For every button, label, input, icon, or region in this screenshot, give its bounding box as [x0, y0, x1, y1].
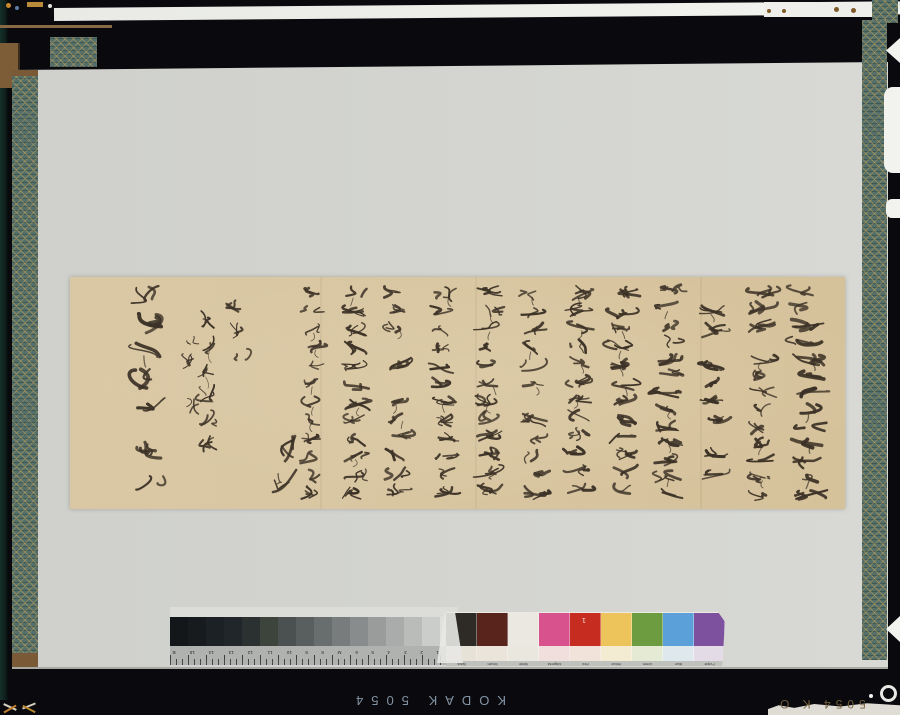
brush-stroke	[435, 292, 441, 298]
brush-stroke	[394, 468, 405, 480]
calligraphy-column	[342, 287, 371, 499]
brocade-fragment-top-left	[50, 37, 97, 67]
ruler-band: B15141312111098M654321A	[170, 646, 458, 665]
brush-stroke-connector	[574, 401, 577, 408]
gray-step	[278, 617, 296, 646]
color-patch-magenta	[539, 613, 570, 646]
brush-stroke	[767, 477, 770, 479]
brush-stroke	[566, 381, 573, 387]
brush-stroke	[439, 326, 448, 336]
brush-stroke	[653, 471, 661, 482]
pale-patch-red	[570, 646, 601, 661]
brush-stroke	[443, 455, 459, 456]
brush-stroke	[706, 471, 722, 475]
patch-label: Red	[575, 662, 597, 666]
brush-stroke-connector	[491, 315, 493, 323]
brush-stroke-connector	[401, 421, 403, 428]
brush-stroke	[620, 485, 630, 491]
gray-step	[170, 617, 188, 646]
brush-stroke	[235, 354, 238, 360]
brush-stroke	[666, 406, 672, 410]
calligraphy-column	[182, 336, 199, 414]
brush-stroke	[610, 434, 620, 443]
film-corner-mark	[3, 704, 17, 713]
brocade-end-cap-top	[12, 70, 38, 76]
brush-stroke	[314, 308, 324, 313]
film-notch-arrow	[886, 616, 900, 642]
brush-stroke	[563, 449, 569, 453]
calligraphy-column	[129, 286, 165, 411]
brush-stroke	[361, 453, 369, 459]
brush-stroke	[187, 341, 191, 345]
brush-stroke	[207, 318, 213, 328]
brush-stroke-connector	[209, 352, 212, 363]
brush-stroke	[486, 305, 491, 316]
color-patch-blue	[663, 613, 694, 646]
brush-stroke-connector	[487, 405, 491, 413]
brush-stroke	[794, 425, 804, 428]
film-edge-speck	[6, 3, 11, 8]
brush-stroke	[676, 391, 680, 392]
brush-stroke	[571, 450, 576, 454]
color-patches-pale-row	[446, 646, 725, 661]
dot-on-strip	[851, 8, 856, 13]
brush-stroke-connector	[351, 298, 354, 306]
calligraphy-column	[300, 288, 327, 499]
gray-step	[350, 617, 368, 646]
pale-patch-yellow	[601, 646, 632, 661]
calligraphy-column	[649, 285, 687, 498]
brush-stroke	[344, 365, 347, 371]
brush-stroke-connector	[315, 350, 318, 357]
brush-stroke	[437, 487, 448, 494]
brush-stroke-connector	[530, 352, 531, 360]
brush-stroke	[750, 472, 765, 478]
patch-label: Magenta	[544, 662, 566, 666]
letter-paper	[70, 277, 845, 509]
brush-stroke-connector	[580, 331, 582, 339]
brush-stroke	[386, 322, 394, 329]
film-edge-tan-line	[0, 25, 112, 28]
gray-step	[386, 617, 404, 646]
calligraphy-column	[383, 287, 415, 496]
brush-stroke	[345, 473, 364, 479]
brush-stroke-connector	[711, 315, 714, 322]
brush-stroke	[385, 469, 392, 480]
patch-label: Blue	[668, 662, 690, 666]
brush-stroke-connector	[394, 405, 397, 413]
brush-stroke	[570, 344, 571, 347]
brush-stroke	[611, 363, 622, 366]
brush-stroke	[584, 470, 589, 471]
calligraphy-column	[519, 291, 550, 500]
brush-stroke	[751, 356, 768, 361]
brush-stroke	[670, 440, 681, 443]
brush-stroke-connector	[311, 387, 312, 394]
calligraphy-column	[563, 286, 595, 493]
calligraphy-column	[603, 287, 640, 494]
brush-stroke	[344, 382, 368, 389]
brush-stroke	[528, 308, 538, 317]
brush-stroke	[812, 423, 826, 431]
pale-patch-green	[632, 646, 663, 661]
brush-stroke	[524, 452, 529, 463]
gray-step	[188, 617, 206, 646]
brush-stroke	[523, 383, 534, 386]
brush-stroke	[301, 306, 307, 312]
brush-stroke-connector	[581, 366, 583, 373]
gray-step	[314, 617, 332, 646]
brush-stroke	[761, 404, 770, 416]
color-patch-red: 1	[570, 613, 601, 646]
brush-stroke	[345, 452, 362, 461]
brush-stroke	[306, 327, 318, 335]
brush-stroke	[193, 336, 199, 344]
brush-stroke	[531, 450, 537, 461]
brush-stroke	[749, 491, 764, 501]
brush-stroke-connector	[493, 387, 496, 395]
film-notch-rounded	[884, 87, 900, 173]
brush-stroke-connector	[488, 332, 490, 340]
brush-stroke-connector	[759, 448, 762, 455]
brush-stroke-connector	[809, 446, 810, 453]
film-edge-speck	[15, 6, 19, 10]
brush-stroke	[436, 382, 447, 384]
brush-stroke-connector	[665, 312, 668, 319]
brush-stroke	[659, 439, 663, 444]
red-patch-mark: 1	[582, 616, 586, 623]
dot-on-strip	[782, 9, 786, 13]
color-patch-green	[632, 613, 663, 646]
brocade-border-left	[12, 70, 38, 667]
gray-step	[206, 617, 224, 646]
gray-step	[242, 617, 260, 646]
brush-stroke-connector	[667, 480, 668, 487]
film-notch-tab	[886, 199, 900, 218]
brush-stroke	[760, 441, 761, 445]
brush-stroke	[672, 321, 678, 329]
calligraphy-column	[429, 287, 460, 496]
color-patch-purple	[694, 613, 725, 646]
brush-stroke	[615, 345, 629, 348]
brush-stroke	[679, 287, 687, 291]
dot-on-strip	[767, 9, 771, 13]
gray-step	[224, 617, 242, 646]
brush-stroke	[649, 391, 660, 394]
film-edge-speck	[27, 2, 43, 7]
brush-stroke	[519, 291, 526, 296]
color-patch-white	[508, 613, 539, 646]
brush-stroke	[361, 289, 366, 297]
color-patch-brown	[477, 613, 508, 646]
grayscale-steps	[170, 617, 458, 646]
brush-stroke	[477, 361, 492, 366]
brush-stroke	[711, 382, 716, 386]
gray-step	[260, 617, 278, 646]
film-mark-ring	[880, 685, 897, 702]
brush-stroke-connector	[398, 331, 401, 338]
film-corner-mark	[22, 703, 36, 712]
brush-stroke	[702, 329, 716, 337]
color-patch-yellow	[601, 613, 632, 646]
patch-label: Yellow	[606, 662, 628, 666]
calligraphy-column	[746, 286, 780, 500]
brush-stroke-connector	[537, 388, 539, 396]
brush-stroke	[317, 324, 319, 332]
brush-stroke	[396, 327, 400, 332]
film-edge-speck	[48, 4, 52, 8]
brush-stroke	[278, 474, 282, 484]
pale-patch-brown	[477, 646, 508, 661]
brush-stroke	[665, 335, 671, 347]
calligraphy-column	[785, 285, 829, 499]
kodak-color-control-card: 1 BlackBrownWhiteMagentaRedYellowGreenBl…	[446, 612, 725, 666]
brush-stroke	[627, 327, 630, 331]
patch-label: White	[513, 662, 535, 666]
brush-stroke	[770, 355, 778, 360]
brush-stroke	[606, 309, 618, 318]
calligraphy-column	[273, 436, 296, 492]
calligraphy-text-columns	[70, 277, 845, 509]
brush-stroke	[572, 309, 583, 316]
calligraphy-column	[474, 286, 505, 495]
brush-stroke	[384, 287, 391, 298]
brush-stroke-connector	[357, 408, 359, 416]
brush-stroke	[437, 344, 439, 352]
brush-stroke-connector	[144, 356, 146, 367]
patch-label: Green	[637, 662, 659, 666]
brush-stroke-connector	[312, 407, 314, 415]
brush-stroke	[525, 486, 533, 497]
brush-stroke	[673, 339, 684, 343]
brush-stroke	[433, 329, 441, 331]
brush-stroke	[199, 387, 206, 396]
brush-stroke	[212, 420, 217, 427]
brush-stroke-connector	[310, 424, 312, 432]
brush-stroke	[399, 488, 412, 492]
brush-stroke	[138, 404, 154, 409]
film-edge-left	[0, 0, 9, 700]
brush-stroke	[573, 486, 582, 489]
pale-patch-magenta	[539, 646, 570, 661]
film-mark-dot	[869, 694, 873, 698]
brush-stroke	[762, 494, 765, 497]
brush-stroke	[436, 454, 440, 458]
calligraphy-column	[136, 442, 165, 489]
calligraphy-column	[698, 306, 730, 479]
brush-stroke	[306, 288, 313, 296]
brush-stroke-connector	[353, 460, 357, 467]
dot-on-strip	[834, 7, 839, 12]
brush-stroke-connector	[619, 351, 621, 359]
brush-stroke-connector	[311, 333, 315, 341]
brush-stroke	[750, 303, 753, 311]
gray-step	[422, 617, 440, 646]
brush-stroke-connector	[761, 481, 763, 488]
brush-stroke	[621, 379, 640, 386]
brush-stroke	[158, 476, 166, 485]
brush-stroke	[583, 431, 589, 435]
pale-patch-blue	[663, 646, 694, 661]
brush-stroke-connector	[442, 405, 444, 412]
pale-patch-purple	[694, 646, 725, 661]
brush-stroke-connector	[669, 446, 671, 453]
brush-stroke	[346, 287, 355, 296]
gray-step	[404, 617, 422, 646]
brush-stroke	[754, 405, 760, 411]
brush-stroke	[617, 448, 623, 458]
brush-stroke-connector	[806, 415, 808, 423]
calligraphy-column	[226, 301, 251, 361]
brush-stroke	[664, 325, 669, 331]
brush-stroke	[136, 476, 151, 490]
brush-stroke	[300, 451, 312, 461]
gray-step	[368, 617, 386, 646]
brush-stroke	[785, 337, 795, 345]
film-brand-text-partial: 5054 K O	[775, 697, 866, 711]
pale-patch-white	[508, 646, 539, 661]
photograph-frame: B15141312111098M654321A 1 BlackBrownWhit…	[0, 0, 900, 715]
brush-stroke	[617, 399, 623, 402]
color-patch-labels: BlackBrownWhiteMagentaRedYellowGreenBlue…	[446, 661, 725, 666]
brush-stroke	[431, 365, 449, 369]
brush-stroke-connector	[668, 412, 671, 419]
film-notch-arrow	[886, 38, 900, 63]
brush-stroke	[352, 438, 365, 446]
brush-stroke-connector	[622, 332, 625, 339]
gray-step	[296, 617, 314, 646]
kodak-gray-scale-card: B15141312111098M654321A	[170, 607, 458, 665]
brush-stroke	[273, 470, 296, 492]
brocade-end-cap-bottom	[12, 653, 38, 667]
gray-card-margin	[170, 607, 458, 617]
film-brand-text: KODAK 5054	[348, 693, 506, 708]
calligraphy-column	[196, 311, 217, 452]
ruler-minor-ticks	[170, 659, 458, 665]
brush-stroke	[614, 484, 630, 494]
brush-stroke	[755, 439, 757, 445]
brush-stroke	[759, 455, 774, 461]
brush-stroke	[187, 399, 192, 407]
gray-step	[332, 617, 350, 646]
patch-label: Purple	[699, 662, 721, 666]
patch-label: Brown	[482, 662, 504, 666]
color-patches-saturated-row: 1	[446, 613, 725, 646]
brush-stroke	[307, 397, 319, 406]
brush-stroke	[520, 360, 526, 367]
brush-stroke	[618, 436, 635, 437]
brush-stroke-connector	[206, 377, 209, 388]
brush-stroke	[246, 349, 252, 360]
brush-stroke-connector	[806, 481, 809, 488]
brush-stroke	[792, 320, 810, 331]
brush-stroke	[194, 399, 199, 414]
